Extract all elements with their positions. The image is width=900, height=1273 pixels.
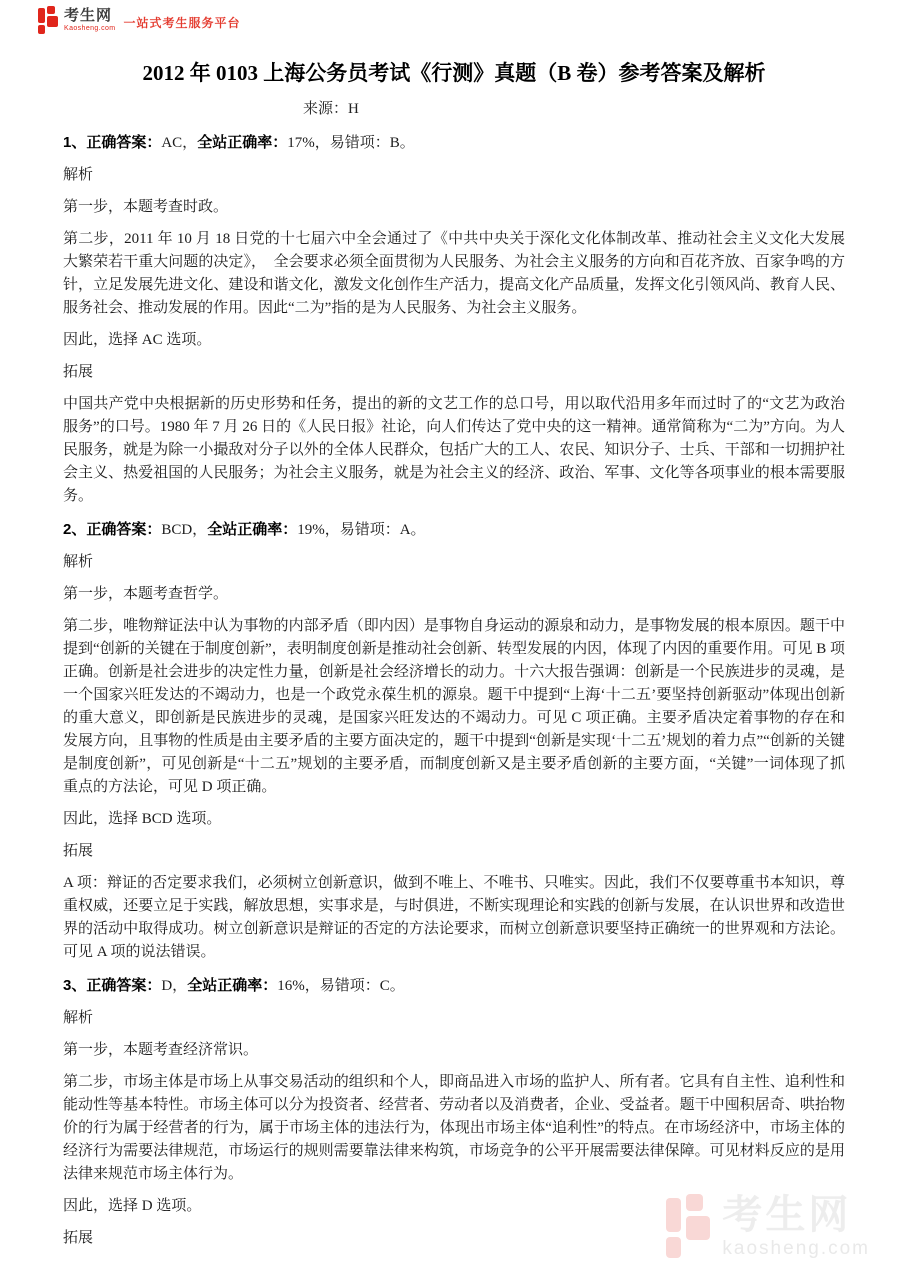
kaosheng-logo: 考生网 Kaosheng.com (38, 6, 116, 34)
page-title: 2012 年 0103 上海公务员考试《行测》真题（B 卷）参考答案及解析 (63, 58, 845, 88)
logo-name: 考生网 (64, 8, 116, 23)
step2-text: 第二步，市场主体是市场上从事交易活动的组织和个人，即商品进入市场的监护人、所有者… (63, 1071, 845, 1186)
answer-value: BCD， (161, 522, 207, 538)
rate-label: 全站正确率： (207, 521, 297, 538)
extension-label: 拓展 (63, 840, 845, 863)
rate-value: 16%，易错项：C。 (277, 978, 405, 994)
question-2: 2、正确答案：BCD，全站正确率：19%，易错项：A。 解析 第一步，本题考查哲… (63, 518, 845, 964)
answer-value: AC， (161, 135, 197, 151)
watermark-name: 考生网 (722, 1195, 870, 1235)
answer-label: 3、正确答案： (63, 977, 161, 994)
kaosheng-logo-icon (38, 6, 60, 34)
analysis-label: 解析 (63, 1007, 845, 1030)
source-line: 来源：H (303, 98, 845, 121)
rate-value: 17%，易错项：B。 (287, 135, 415, 151)
answer-line: 2、正确答案：BCD，全站正确率：19%，易错项：A。 (63, 518, 845, 542)
conclusion-text: 因此，选择 AC 选项。 (63, 329, 845, 352)
answer-value: D， (161, 978, 187, 994)
analysis-label: 解析 (63, 551, 845, 574)
step2-text: 第二步，唯物辩证法中认为事物的内部矛盾（即内因）是事物自身运动的源泉和动力，是事… (63, 615, 845, 799)
answer-label: 1、正确答案： (63, 134, 161, 151)
step2-text: 第二步，2011 年 10 月 18 日党的十七届六中全会通过了《中共中央关于深… (63, 228, 845, 320)
rate-label: 全站正确率： (187, 977, 277, 994)
analysis-label: 解析 (63, 164, 845, 187)
step1-text: 第一步，本题考查哲学。 (63, 583, 845, 606)
rate-label: 全站正确率： (197, 134, 287, 151)
watermark-domain: kaosheng.com (722, 1239, 870, 1258)
question-1: 1、正确答案：AC，全站正确率：17%，易错项：B。 解析 第一步，本题考查时政… (63, 131, 845, 508)
step1-text: 第一步，本题考查经济常识。 (63, 1039, 845, 1062)
extension-label: 拓展 (63, 361, 845, 384)
step1-text: 第一步，本题考查时政。 (63, 196, 845, 219)
answer-line: 3、正确答案：D，全站正确率：16%，易错项：C。 (63, 974, 845, 998)
kaosheng-watermark-icon (666, 1194, 712, 1258)
document-body: 2012 年 0103 上海公务员考试《行测》真题（B 卷）参考答案及解析 来源… (63, 44, 845, 1259)
conclusion-text: 因此，选择 BCD 选项。 (63, 808, 845, 831)
extension-text: A 项：辩证的否定要求我们，必须树立创新意识，做到不唯上、不唯书、只唯实。因此，… (63, 872, 845, 964)
extension-text: 中国共产党中央根据新的历史形势和任务，提出的新的文艺工作的总口号，用以取代沿用多… (63, 393, 845, 508)
logo-domain: Kaosheng.com (64, 25, 116, 32)
answer-label: 2、正确答案： (63, 521, 161, 538)
rate-value: 19%，易错项：A。 (297, 522, 425, 538)
brand-tagline: 一站式考生服务平台 (124, 14, 241, 34)
kaosheng-watermark: 考生网 kaosheng.com (666, 1194, 870, 1258)
answer-line: 1、正确答案：AC，全站正确率：17%，易错项：B。 (63, 131, 845, 155)
site-header: 考生网 Kaosheng.com 一站式考生服务平台 (38, 6, 241, 34)
